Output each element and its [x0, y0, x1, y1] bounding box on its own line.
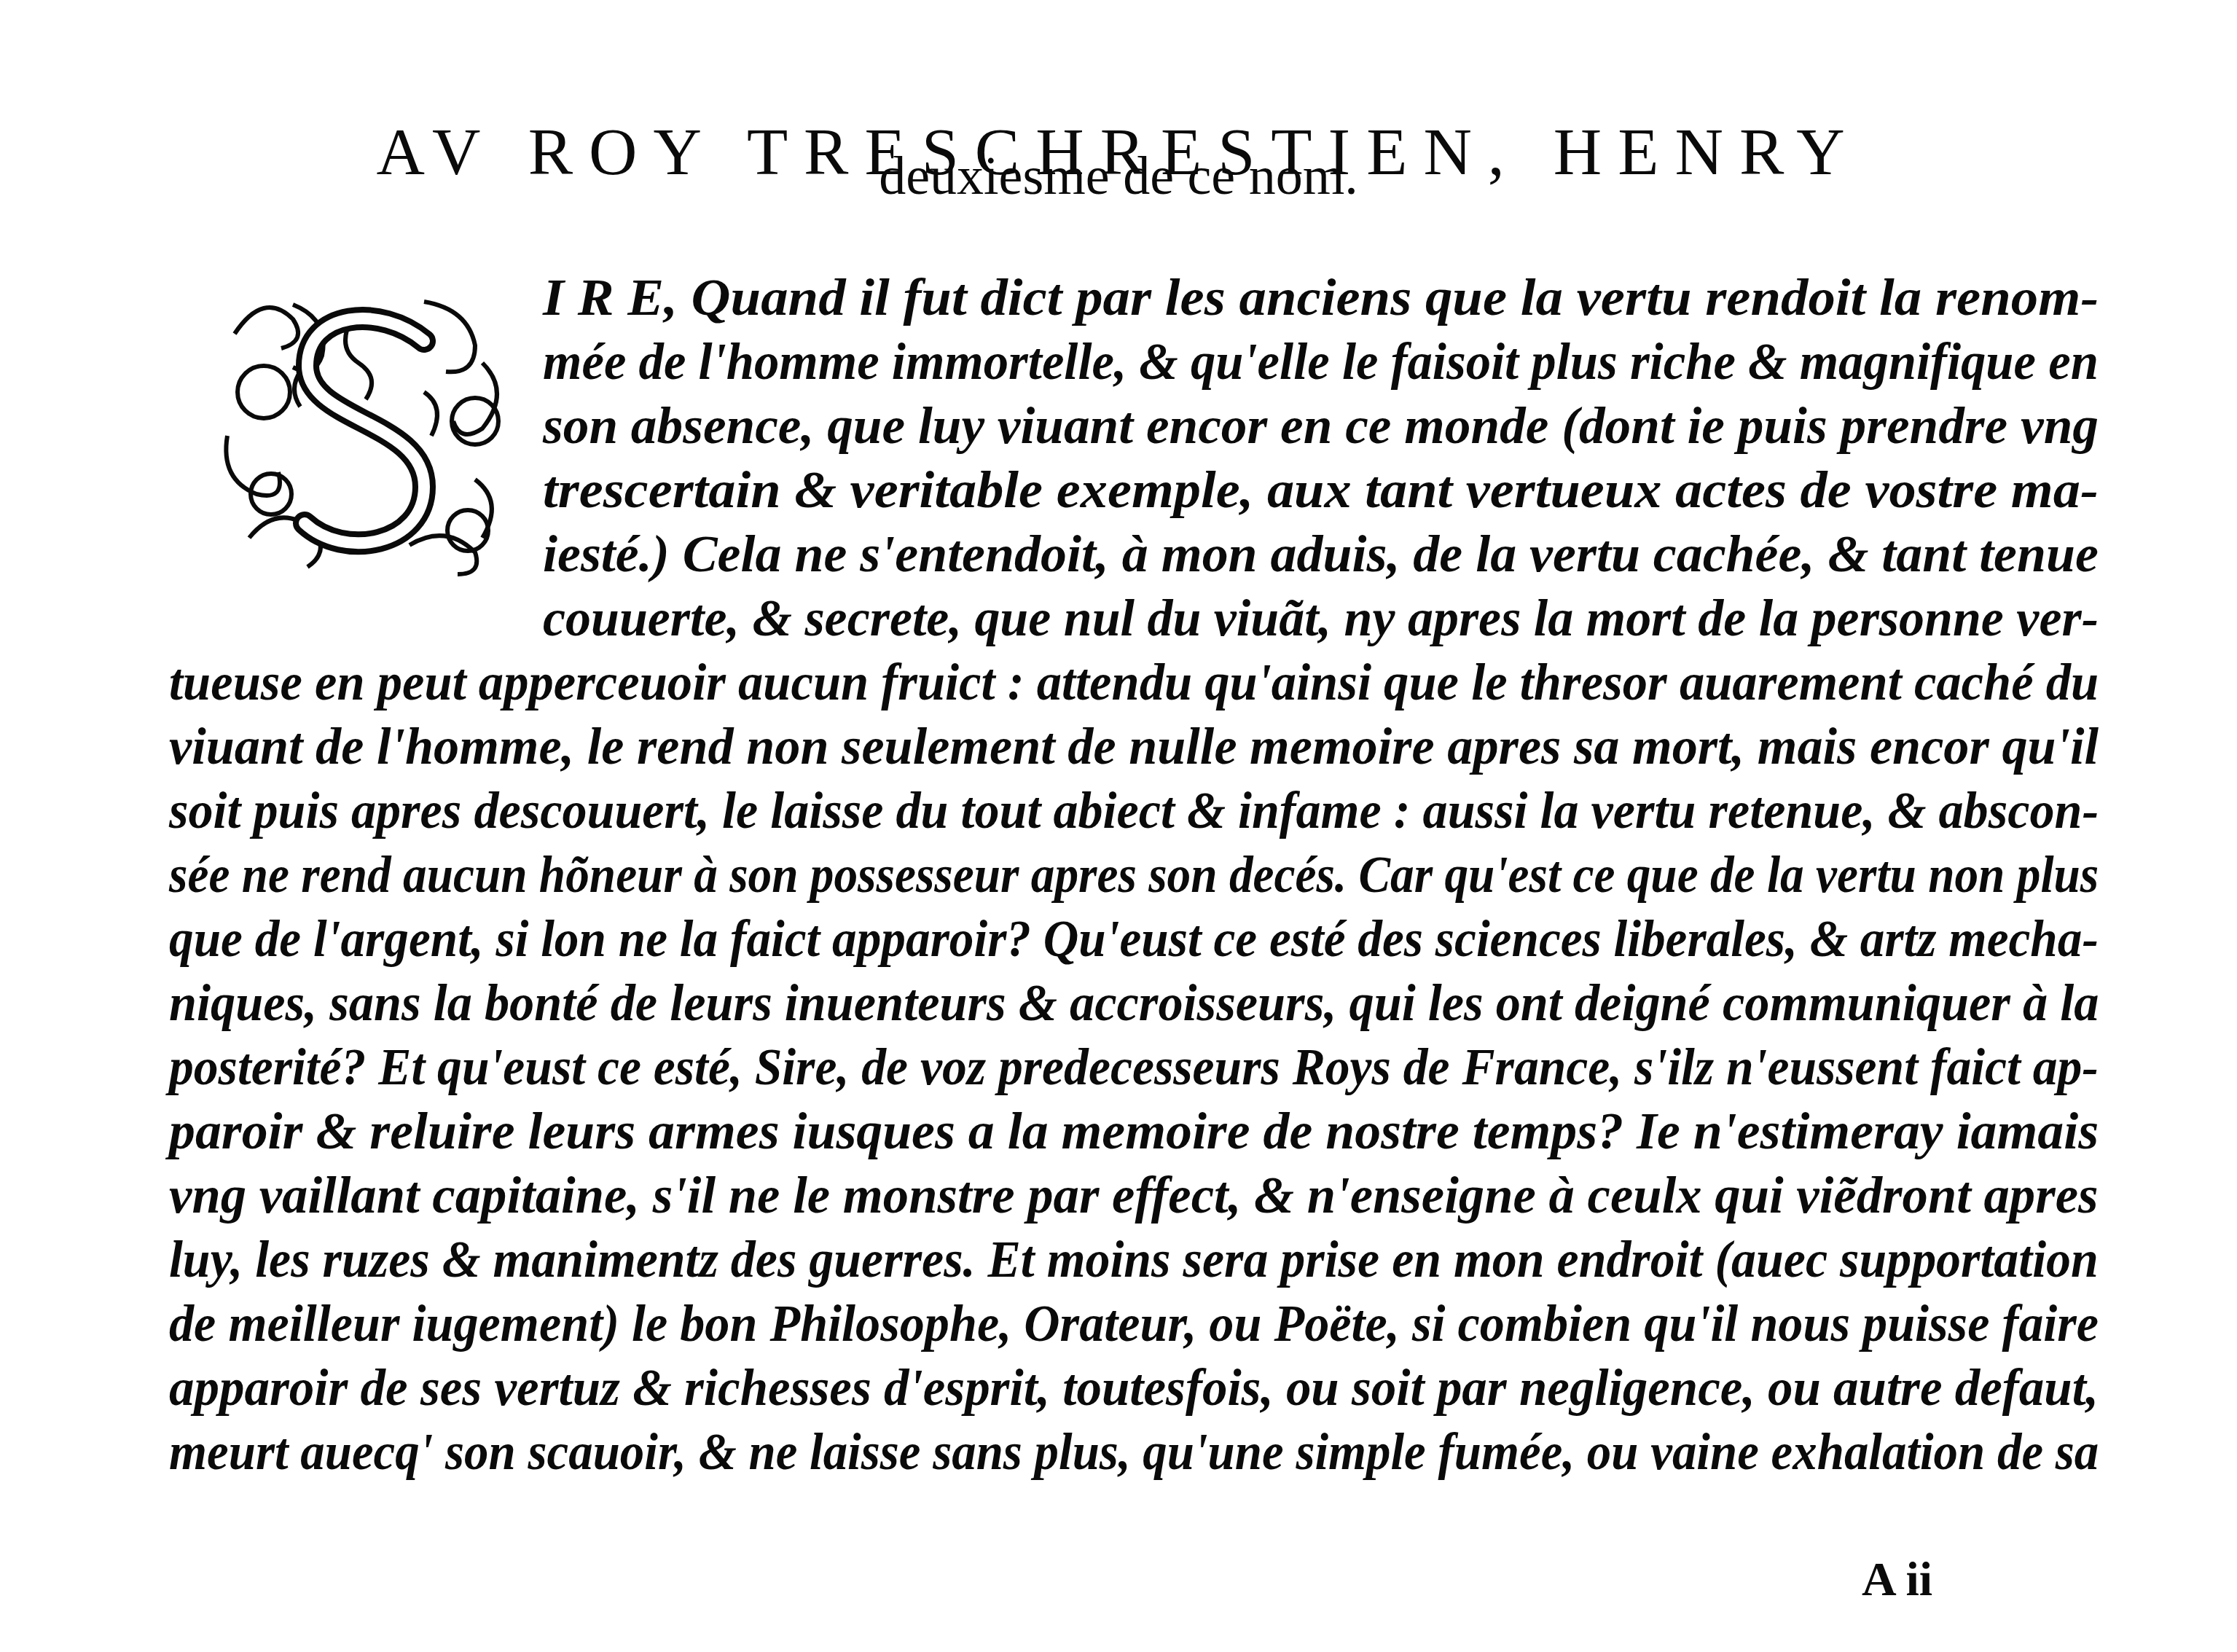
- text-line: son absence, que luy viuant encor en ce …: [543, 399, 2099, 452]
- text-line: viuant de l'homme, le rend non seulement…: [169, 720, 2099, 772]
- text-line: apparoir de ses vertuz & richesses d'esp…: [169, 1361, 2099, 1414]
- text-line: trescertain & veritable exemple, aux tan…: [543, 463, 2099, 516]
- text-line: posterité? Et qu'eust ce esté, Sire, de …: [169, 1041, 2099, 1093]
- text-line: paroir & reluire leurs armes iusques a l…: [169, 1105, 2099, 1157]
- text-line: couuerte, & secrete, que nul du viuãt, n…: [543, 592, 2099, 644]
- text-line: soit puis apres descouuert, le laisse du…: [169, 784, 2099, 837]
- dedication-subtitle: deuxiesme de ce nom.: [0, 149, 2237, 203]
- text-line: tueuse en peut apperceuoir aucun fruict …: [169, 656, 2099, 708]
- text-line: mée de l'homme immortelle, & qu'elle le …: [543, 335, 2099, 388]
- text-line: luy, les ruzes & manimentz des guerres. …: [169, 1233, 2099, 1285]
- text-line: que de l'argent, si lon ne la faict appa…: [169, 912, 2099, 965]
- text-line: vng vaillant capitaine, s'il ne le monst…: [169, 1169, 2099, 1221]
- decorated-initial-s-icon: [205, 275, 526, 596]
- text-line: meurt auecq' son scauoir, & ne laisse sa…: [169, 1425, 2099, 1478]
- text-line: I R E, Quand il fut dict par les anciens…: [543, 271, 2099, 324]
- signature-mark: A ii: [1862, 1552, 1932, 1608]
- text-line: niques, sans la bonté de leurs inuenteur…: [169, 976, 2099, 1029]
- text-line: iesté.) Cela ne s'entendoit, à mon aduis…: [543, 528, 2099, 580]
- text-line: sée ne rend aucun hõneur à son possesseu…: [169, 848, 2099, 901]
- text-line: de meilleur iugement) le bon Philosophe,…: [169, 1297, 2099, 1350]
